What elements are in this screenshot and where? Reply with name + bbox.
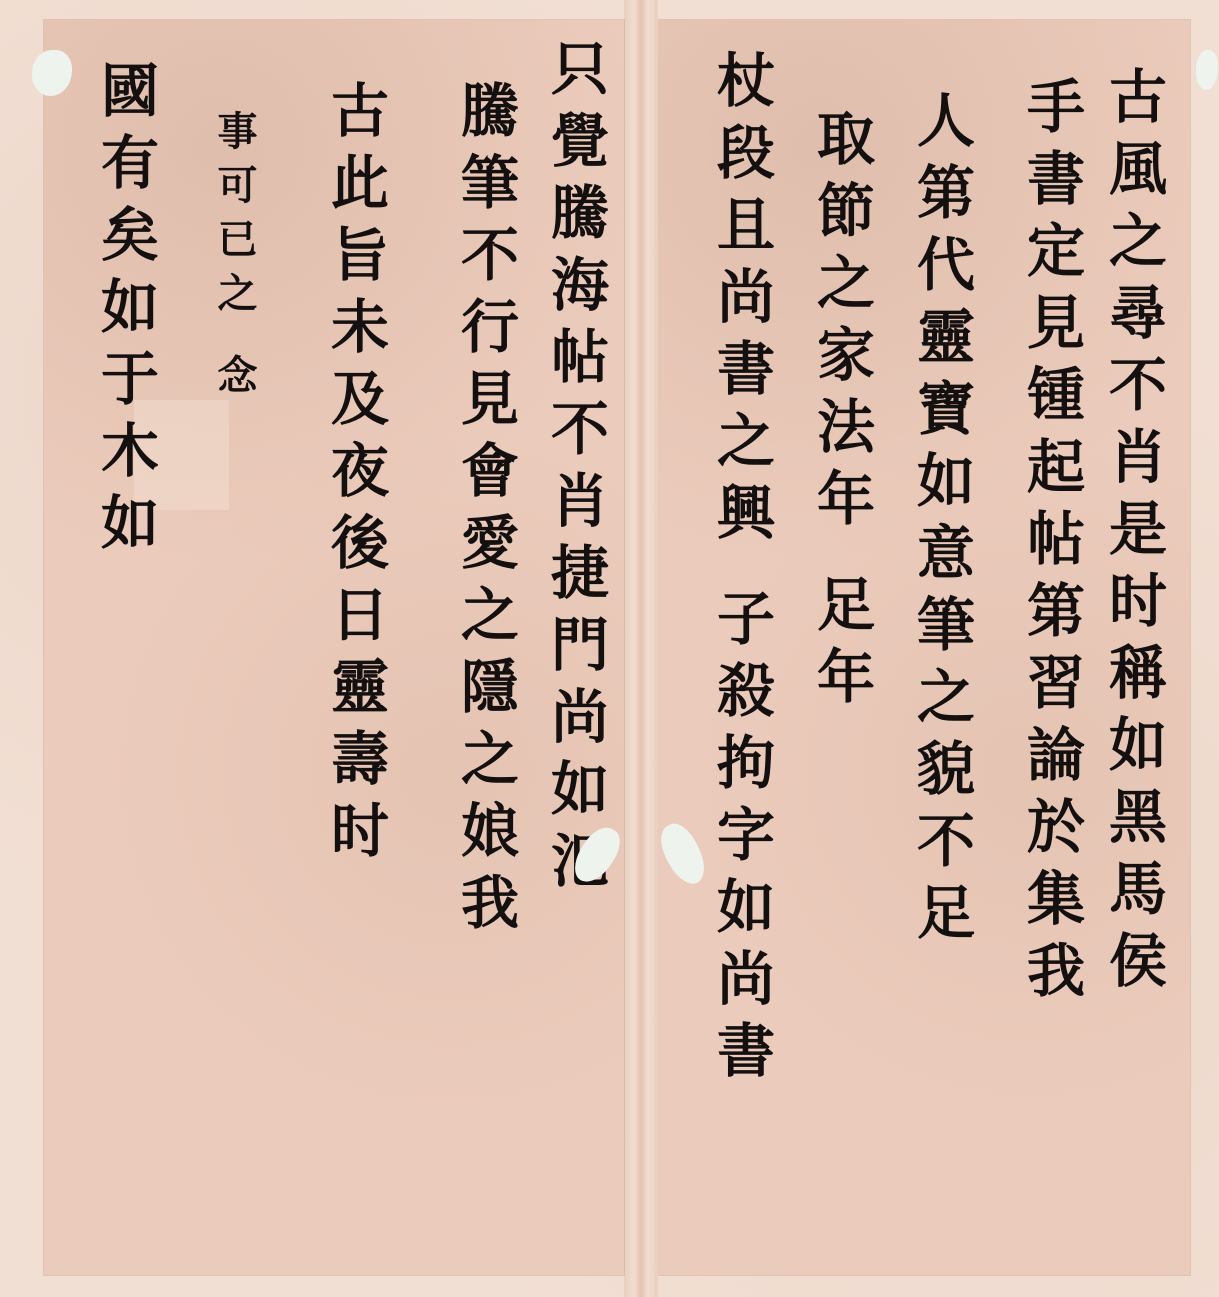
text-column-7: 騰筆不行見會愛之隱之娘我 — [456, 80, 514, 944]
left-leaf: 只覺騰海帖不肖捷門尚如汜 騰筆不行見會愛之隱之娘我 古此旨未及夜後日靈壽时 事可… — [44, 20, 624, 1275]
text-column-1: 古風之尋不肖是时稱如黑馬侯 — [1104, 66, 1162, 1002]
text-column-4: 取節之家法年 足年 — [812, 108, 870, 718]
text-column-8: 古此旨未及夜後日靈壽时 — [326, 80, 384, 872]
text-column-2: 手書定見锺起帖第習論於集我 — [1022, 76, 1080, 1012]
center-fold — [624, 0, 658, 1297]
right-leaf: 古風之尋不肖是时稱如黑馬侯 手書定見锺起帖第習論於集我 人第代靈寶如意筆之貌不足… — [658, 20, 1190, 1275]
text-column-5: 杖段且尚書之興 子殺拘字如尚書 — [712, 50, 770, 1092]
text-column-3: 人第代靈寶如意筆之貌不足 — [912, 90, 970, 954]
text-column-6: 只覺騰海帖不肖捷門尚如汜 — [546, 38, 604, 902]
text-column-10: 國有矣如于木如 — [96, 60, 154, 564]
text-column-9: 事可已之 念 — [214, 110, 254, 408]
